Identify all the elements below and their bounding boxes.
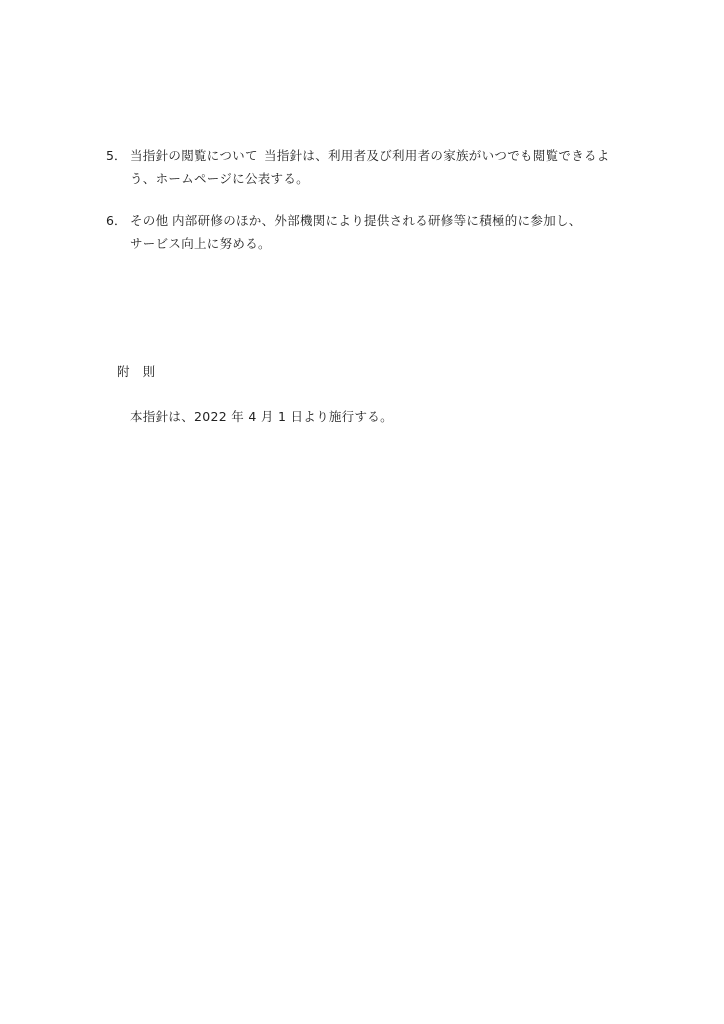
section-body-line: う、ホームページに公表する。 xyxy=(130,171,309,187)
section-body-line: 当指針は、利用者及び利用者の家族がいつでも閲覧できるよ xyxy=(264,148,610,164)
section-title: 当指針の閲覧について xyxy=(130,148,258,164)
section-title: その他 xyxy=(130,213,168,229)
section-number: 5． xyxy=(106,148,126,164)
section-number: 6． xyxy=(106,213,126,229)
effective-date-text: 本指針は、2022 年 4 月 1 日より施行する。 xyxy=(130,409,393,425)
supplementary-heading: 附 則 xyxy=(117,364,155,380)
section-body-line: 内部研修のほか、外部機関により提供される研修等に積極的に参加し、 xyxy=(172,213,582,229)
section-body-line: サービス向上に努める。 xyxy=(130,236,271,252)
